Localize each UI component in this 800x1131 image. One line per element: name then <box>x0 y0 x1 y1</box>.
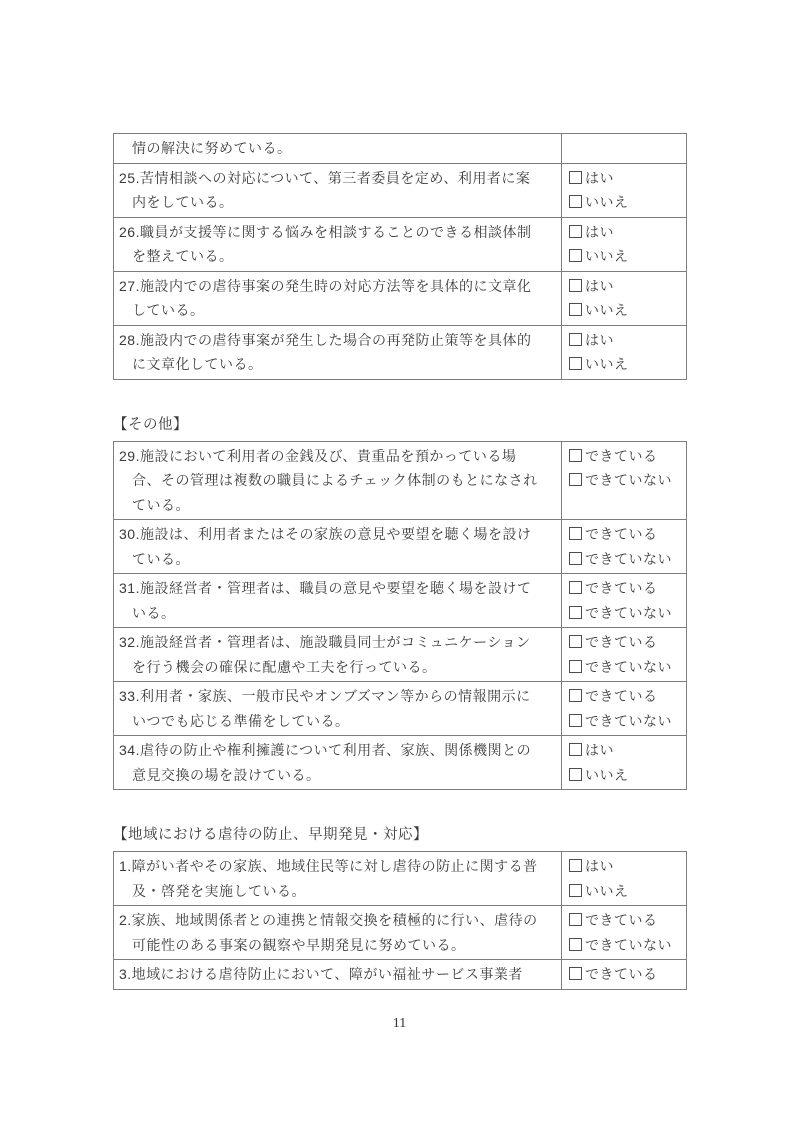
answer-option: はい <box>569 274 684 299</box>
table-row: 2.家族、地域関係者との連携と情報交換を積極的に行い、虐待の 可能性のある事案の… <box>114 906 687 960</box>
answer-option: できていない <box>569 468 684 493</box>
checkbox-icon <box>569 225 582 238</box>
document-content: 情の解決に努めている。25.苦情相談への対応について、第三者委員を定め、利用者に… <box>113 133 686 1032</box>
option-label: できていない <box>585 937 672 953</box>
table-row: 26.職員が支援等に関する悩みを相談することのできる相談体制 を整えている。はい… <box>114 217 687 271</box>
answer-option: できている <box>569 576 684 601</box>
option-label: できていない <box>585 551 672 567</box>
answer-option: できている <box>569 962 684 987</box>
checkbox-icon <box>569 171 582 184</box>
question-cell: 28.施設内での虐待事案が発生した場合の再発防止策等を具体的 に文章化している。 <box>114 325 562 379</box>
answer-option: できていない <box>569 933 684 958</box>
option-label: はい <box>585 858 614 874</box>
answer-option: できている <box>569 908 684 933</box>
option-label: いいえ <box>585 883 629 899</box>
answer-option: できていない <box>569 709 684 734</box>
option-label: できている <box>585 912 658 928</box>
page-number: 11 <box>113 1016 686 1032</box>
answer-cell: できているできていない <box>562 906 687 960</box>
answer-cell: できているできていない <box>562 628 687 682</box>
question-cell: 26.職員が支援等に関する悩みを相談することのできる相談体制 を整えている。 <box>114 217 562 271</box>
option-label: できている <box>585 526 658 542</box>
option-label: いいえ <box>585 767 629 783</box>
answer-option: はい <box>569 854 684 879</box>
checkbox-icon <box>569 195 582 208</box>
checkbox-icon <box>569 967 582 980</box>
answer-option: いいえ <box>569 190 684 215</box>
option-label: いいえ <box>585 302 629 318</box>
checkbox-icon <box>569 884 582 897</box>
answer-option: できていない <box>569 547 684 572</box>
answer-option: できている <box>569 630 684 655</box>
answer-option: できている <box>569 522 684 547</box>
option-label: いいえ <box>585 194 629 210</box>
answer-option: はい <box>569 738 684 763</box>
section-heading-community-prevention: 【地域における虐待の防止、早期発見・対応】 <box>113 823 686 844</box>
section-heading-other: 【その他】 <box>113 413 686 434</box>
question-cell: 情の解決に努めている。 <box>114 134 562 164</box>
checkbox-icon <box>569 913 582 926</box>
checkbox-icon <box>569 768 582 781</box>
question-cell: 34.虐待の防止や権利擁護について利用者、家族、関係機関との 意見交換の場を設け… <box>114 736 562 790</box>
answer-option: できていない <box>569 601 684 626</box>
option-label: できていない <box>585 605 672 621</box>
answer-cell: はいいいえ <box>562 163 687 217</box>
checkbox-icon <box>569 473 582 486</box>
answer-option: はい <box>569 328 684 353</box>
option-label: いいえ <box>585 356 629 372</box>
answer-cell: できているできていない <box>562 682 687 736</box>
question-cell: 33.利用者・家族、一般市民やオンブズマン等からの情報開示に いつでも応じる準備… <box>114 682 562 736</box>
answer-cell: はいいいえ <box>562 852 687 906</box>
answer-cell: できている <box>562 960 687 990</box>
answer-option: はい <box>569 220 684 245</box>
option-label: はい <box>585 332 614 348</box>
question-cell: 1.障がい者やその家族、地域住民等に対し虐待の防止に関する普 及・啓発を実施して… <box>114 852 562 906</box>
checkbox-icon <box>569 333 582 346</box>
checkbox-icon <box>569 606 582 619</box>
question-cell: 30.施設は、利用者またはその家族の意見や要望を聴く場を設け ている。 <box>114 520 562 574</box>
answer-option: はい <box>569 166 684 191</box>
checkbox-icon <box>569 303 582 316</box>
table-row: 29.施設において利用者の金銭及び、貴重品を預かっている場 合、その管理は複数の… <box>114 441 687 520</box>
answer-option: いいえ <box>569 763 684 788</box>
table-row: 27.施設内での虐待事案の発生時の対応方法等を具体的に文章化 している。はいいい… <box>114 271 687 325</box>
checkbox-icon <box>569 689 582 702</box>
question-cell: 31.施設経営者・管理者は、職員の意見や要望を聴く場を設けて いる。 <box>114 574 562 628</box>
answer-option: いいえ <box>569 298 684 323</box>
answer-option: できている <box>569 444 684 469</box>
answer-option: いいえ <box>569 879 684 904</box>
option-label: はい <box>585 742 614 758</box>
option-label: できている <box>585 580 658 596</box>
table-row: 30.施設は、利用者またはその家族の意見や要望を聴く場を設け ている。できている… <box>114 520 687 574</box>
option-label: できている <box>585 966 658 982</box>
checkbox-icon <box>569 859 582 872</box>
answer-cell: はいいいえ <box>562 271 687 325</box>
checkbox-icon <box>569 743 582 756</box>
question-cell: 25.苦情相談への対応について、第三者委員を定め、利用者に案 内をしている。 <box>114 163 562 217</box>
question-cell: 2.家族、地域関係者との連携と情報交換を積極的に行い、虐待の 可能性のある事案の… <box>114 906 562 960</box>
answer-cell: できているできていない <box>562 441 687 520</box>
answer-cell: はいいいえ <box>562 325 687 379</box>
option-label: いいえ <box>585 248 629 264</box>
option-label: はい <box>585 278 614 294</box>
table-row: 34.虐待の防止や権利擁護について利用者、家族、関係機関との 意見交換の場を設け… <box>114 736 687 790</box>
checkbox-icon <box>569 449 582 462</box>
answer-option: いいえ <box>569 244 684 269</box>
checklist-table-other: 29.施設において利用者の金銭及び、貴重品を預かっている場 合、その管理は複数の… <box>113 441 687 791</box>
question-cell: 32.施設経営者・管理者は、施設職員同士がコミュニケーション を行う機会の確保に… <box>114 628 562 682</box>
checkbox-icon <box>569 660 582 673</box>
checklist-table-continued: 情の解決に努めている。25.苦情相談への対応について、第三者委員を定め、利用者に… <box>113 133 687 380</box>
answer-cell <box>562 134 687 164</box>
table-row: 1.障がい者やその家族、地域住民等に対し虐待の防止に関する普 及・啓発を実施して… <box>114 852 687 906</box>
table-row: 33.利用者・家族、一般市民やオンブズマン等からの情報開示に いつでも応じる準備… <box>114 682 687 736</box>
question-cell: 29.施設において利用者の金銭及び、貴重品を預かっている場 合、その管理は複数の… <box>114 441 562 520</box>
document-page: 情の解決に努めている。25.苦情相談への対応について、第三者委員を定め、利用者に… <box>0 0 800 1131</box>
table-row: 31.施設経営者・管理者は、職員の意見や要望を聴く場を設けて いる。できているで… <box>114 574 687 628</box>
checkbox-icon <box>569 581 582 594</box>
checkbox-icon <box>569 714 582 727</box>
option-label: できていない <box>585 713 672 729</box>
answer-cell: はいいいえ <box>562 217 687 271</box>
answer-cell: はいいいえ <box>562 736 687 790</box>
option-label: できていない <box>585 659 672 675</box>
checkbox-icon <box>569 552 582 565</box>
question-cell: 3.地域における虐待防止において、障がい福祉サービス事業者 <box>114 960 562 990</box>
checkbox-icon <box>569 249 582 262</box>
option-label: はい <box>585 170 614 186</box>
checklist-table-community: 1.障がい者やその家族、地域住民等に対し虐待の防止に関する普 及・啓発を実施して… <box>113 851 687 990</box>
checkbox-icon <box>569 279 582 292</box>
table-row: 3.地域における虐待防止において、障がい福祉サービス事業者できている <box>114 960 687 990</box>
answer-option: できている <box>569 684 684 709</box>
answer-cell: できているできていない <box>562 574 687 628</box>
table-row: 情の解決に努めている。 <box>114 134 687 164</box>
answer-option: いいえ <box>569 352 684 377</box>
answer-option: できていない <box>569 655 684 680</box>
option-label: できている <box>585 688 658 704</box>
table-row: 25.苦情相談への対応について、第三者委員を定め、利用者に案 内をしている。はい… <box>114 163 687 217</box>
checkbox-icon <box>569 357 582 370</box>
checkbox-icon <box>569 938 582 951</box>
option-label: できている <box>585 634 658 650</box>
checkbox-icon <box>569 635 582 648</box>
option-label: できていない <box>585 472 672 488</box>
table-row: 32.施設経営者・管理者は、施設職員同士がコミュニケーション を行う機会の確保に… <box>114 628 687 682</box>
option-label: できている <box>585 448 658 464</box>
option-label: はい <box>585 224 614 240</box>
checkbox-icon <box>569 527 582 540</box>
table-row: 28.施設内での虐待事案が発生した場合の再発防止策等を具体的 に文章化している。… <box>114 325 687 379</box>
answer-cell: できているできていない <box>562 520 687 574</box>
question-cell: 27.施設内での虐待事案の発生時の対応方法等を具体的に文章化 している。 <box>114 271 562 325</box>
